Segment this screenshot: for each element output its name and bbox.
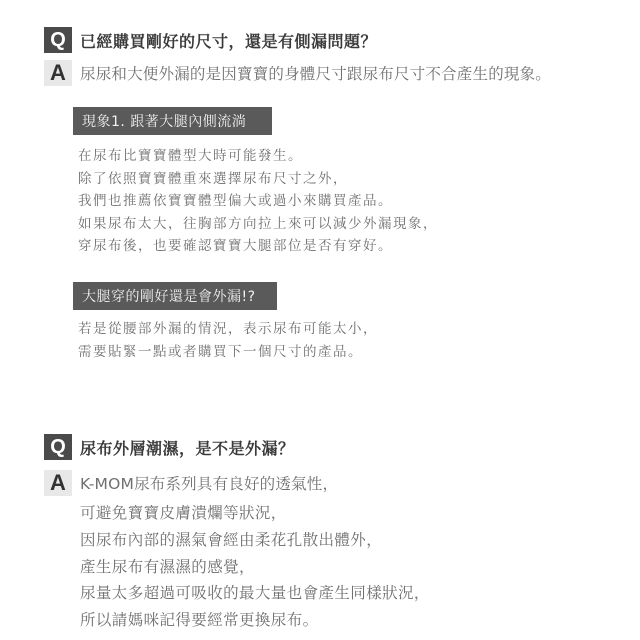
question-row: Q 尿布外層潮濕，是不是外漏？ [44, 434, 295, 460]
q-badge: Q [44, 434, 72, 460]
q-badge: Q [44, 27, 72, 53]
a-badge: A [44, 60, 72, 86]
section-body: 若是從腰部外漏的情況，表示尿布可能太小， 需要貼緊一點或者購買下一個尺寸的產品。 [78, 318, 378, 363]
body-line: 若是從腰部外漏的情況，表示尿布可能太小， [78, 318, 378, 341]
answer-line: 尿量太多超過可吸收的最大量也會產生同樣狀況， [80, 580, 430, 607]
answer-row: A K-MOM尿布系列具有良好的透氣性， [44, 470, 338, 496]
a-badge: A [44, 470, 72, 496]
answer-row: A 尿尿和大便外漏的是因寶寶的身體尺寸跟尿布尺寸不合產生的現象。 [44, 60, 551, 86]
body-line: 除了依照寶寶體重來選擇尿布尺寸之外， [78, 168, 438, 191]
answer-first-line: K-MOM尿布系列具有良好的透氣性， [80, 472, 338, 494]
section-body: 在尿布比寶寶體型大時可能發生。 除了依照寶寶體重來選擇尿布尺寸之外， 我們也推薦… [78, 145, 438, 258]
answer-line: 因尿布內部的濕氣會經由柔花孔散出體外， [80, 527, 430, 554]
question-row: Q 已經購買剛好的尺寸，還是有側漏問題？ [44, 27, 377, 53]
body-line: 如果尿布太大，往胸部方向拉上來可以減少外漏現象， [78, 213, 438, 236]
question-title: 尿布外層潮濕，是不是外漏？ [80, 436, 295, 459]
answer-line: 可避免寶寶皮膚潰爛等狀況， [80, 500, 430, 527]
body-line: 需要貼緊一點或者購買下一個尺寸的產品。 [78, 341, 378, 364]
answer-body: 可避免寶寶皮膚潰爛等狀況， 因尿布內部的濕氣會經由柔花孔散出體外， 產生尿布有濕… [80, 500, 430, 634]
body-line: 在尿布比寶寶體型大時可能發生。 [78, 145, 438, 168]
answer-line: 所以請媽咪記得要經常更換尿布。 [80, 607, 430, 634]
body-line: 我們也推薦依寶寶體型偏大或過小來購買產品。 [78, 190, 438, 213]
section-label: 大腿穿的剛好還是會外漏!? [73, 282, 277, 310]
question-title: 已經購買剛好的尺寸，還是有側漏問題？ [80, 29, 377, 52]
answer-summary: 尿尿和大便外漏的是因寶寶的身體尺寸跟尿布尺寸不合產生的現象。 [80, 62, 551, 84]
answer-line: 產生尿布有濕濕的感覺， [80, 554, 430, 581]
section-label: 現象1. 跟著大腿內側流淌 [73, 107, 272, 135]
body-line: 穿尿布後，也要確認寶寶大腿部位是否有穿好。 [78, 235, 438, 258]
